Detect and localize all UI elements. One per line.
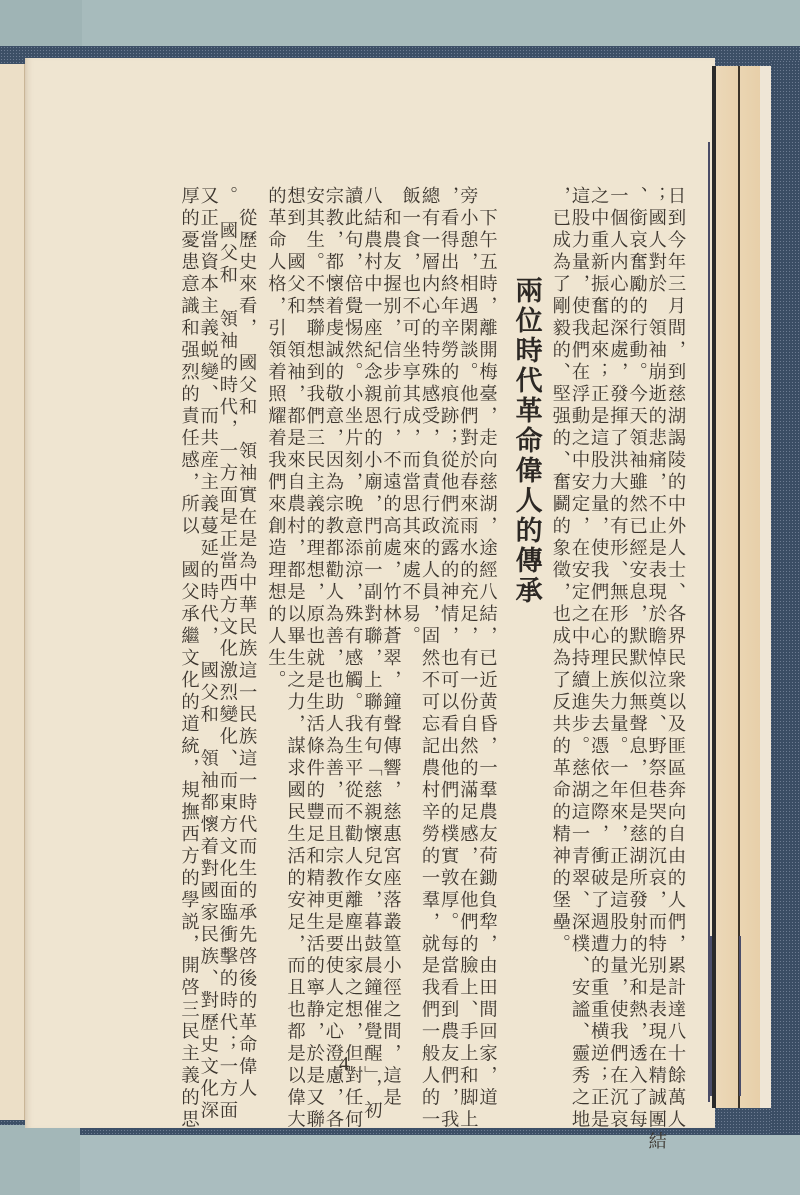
text-column: 、銜哀奮勵的行動。今天領袖雖然已經安息，默默似無聲息，但是慈湖所發射的光和熱，透… (627, 186, 646, 1066)
page-edge-mark (710, 936, 712, 1096)
text-column: 之中重新振奮起來；正是這股力量，使我們在心理上失去憑依之際，衝破了週遭的重重横逆… (589, 186, 608, 1066)
text-column: 下午五時，離開梅臺，走向慈湖，途經八結，已近黄昏，一羣農友荷鋤負犂，由田間回家，… (477, 186, 496, 1066)
article-title: 兩位時代革命偉人的傳承 (511, 186, 541, 1066)
text-column: 飯一食，也不可坐享其成，而當思其來處不易。 (401, 186, 420, 1066)
vertical-text-body: 日到今年三月間，到慈湖謁陵的中外人士、各界民衆以及匪區奔向自由的人們，累計達八十… (70, 186, 685, 1066)
text-column: 讀此句，倍覺惕然。小坐片刻，晚意添涼，殊有感觸。我生平從不勸人作離塵出家之想，但… (343, 186, 362, 1066)
text-column: 日到今年三月間，到慈湖謁陵的中外人士、各界民衆以及匪區奔向自由的人們，累計達八十… (666, 186, 685, 1066)
text-column: ；國人對於 領袖崩逝的悲痛，不止是表現於瞻悼泣奠、野祭巷哭的沉哀，而特别是表現在… (647, 186, 666, 1066)
text-column: 八結農村中一座紀念親恩的小廟，門前一副對聯，上聯有句「慈親懷兒女，暮鼓晨鐘催覺醒… (362, 186, 381, 1066)
page-block-edges (708, 66, 771, 1108)
text-column: 這股力量，使我們在浮動之中安定，在安定之中持續進步。慈湖這一青翠、深樸、安謐、靈… (570, 186, 589, 1066)
text-column: 想到 國父和 領袖，都是來自農村，都是以畢生之力，謀求國民生活的安足，而且也都是… (285, 186, 304, 1066)
text-column: 總有一層内心的特殊感受，負責行政的人員，固然不可忘記農村辛勞的一羣，就是我們一般… (420, 186, 439, 1066)
text-column: 旁小憩，相遇閑談。他們對於春來雨水的充足，有一份自然的滿足感，在他們的臉上、手上… (458, 186, 477, 1066)
text-column: ，看得出終年辛勞的痕跡；從他們流露的神情，也可以看出他們的樸實敦厚。每當看到農友… (439, 186, 458, 1066)
desk-backdrop-bottom (0, 1135, 800, 1195)
text-column: ，已成為了剛毅的、堅强的、奮鬬的象徵，也成為了反共的革命的精神的堡壘。 (551, 186, 570, 1066)
text-column: 和農友握别，信步前行，不遠的高處，竹林蒼翠，鐘聲傳響，慈惠宮座落叢篁小徑之間，這… (381, 186, 400, 1066)
page-edge-mark (739, 936, 741, 1096)
text-column: 從歷史來看， 國父和 領袖實在是為中華民族這一民族這一時代而生的承先啓後的革命偉… (237, 186, 256, 1066)
text-column: 。 國父和 領袖的時代，一方面是正當西方文化激烈變化、而東方文化面臨衝擊的時代；… (218, 186, 237, 1066)
page-number: 4 (339, 1053, 349, 1076)
text-column: 厚的憂患意識和强烈的責任感，所以 國父承繼文化的道統，規撫西方的學説，開啓三民主… (179, 186, 198, 1066)
text-column: 一個人内心的深處，發揮了洪大的有形、無形的民族力量。一年來，正是這股力量，使我們… (608, 186, 627, 1066)
text-column: 的革命人格，引領着照耀着我們來創造理想的人生。 (266, 186, 285, 1066)
desk-backdrop-bottom-left (0, 1125, 80, 1195)
book-cover-cloth-right (770, 60, 800, 1135)
desk-backdrop-top (0, 0, 800, 48)
text-column: 安其生。不禁聯想到我們三民主義的理想，原也就是生活條件的豐足和精神生活的寧静，於… (305, 186, 324, 1066)
text-column: 宗教，都懷着虔誠的敬意，因為宗教都勸人為善，也助人為善，而且宗教更是要使人定心澄… (324, 186, 343, 1066)
text-column: 又正當資本主義蜕變、而共産主義蔓延的時代， 國父和 領袖都懷着對國家民族、對歷史… (199, 186, 218, 1066)
column-gap (497, 186, 507, 1066)
previous-page-edge (0, 64, 25, 1120)
